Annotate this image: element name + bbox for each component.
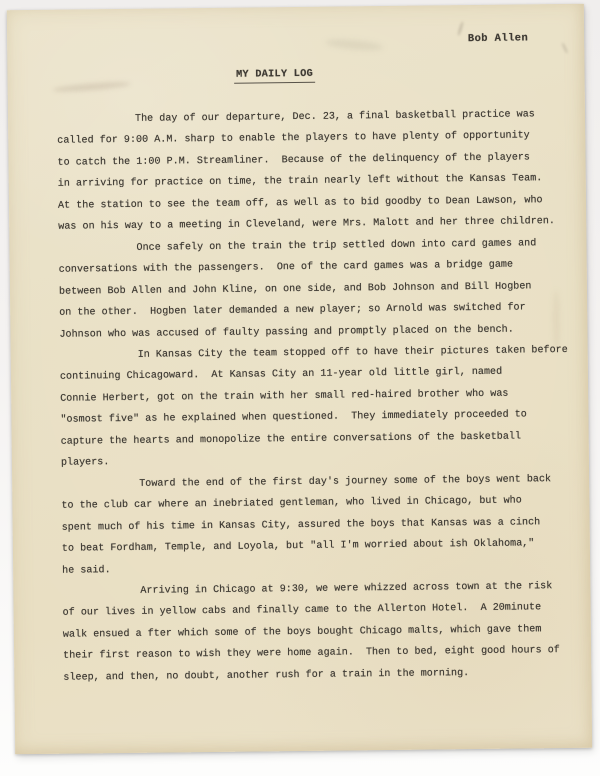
author-name: Bob Allen <box>468 32 528 45</box>
document-body: The day of our departure, Dec. 23, a fin… <box>57 104 560 689</box>
paragraph: Toward the end of the first day's journe… <box>61 469 558 582</box>
page-title: MY DAILY LOG <box>234 69 315 84</box>
paragraph: Once safely on the train the trip settle… <box>58 233 555 346</box>
smudge-mark <box>457 21 464 36</box>
paragraph: The day of our departure, Dec. 23, a fin… <box>57 104 554 238</box>
smudge-mark <box>53 80 131 93</box>
paragraph: In Kansas City the team stopped off to h… <box>60 340 557 474</box>
paragraph: Arriving in Chicago at 9:30, we were whi… <box>62 576 559 689</box>
text-line: sleep, and then, no doubt, another rush … <box>63 662 559 689</box>
scan-background: Bob Allen MY DAILY LOG The day of our de… <box>0 0 600 776</box>
smudge-mark <box>561 42 569 54</box>
document-page: Bob Allen MY DAILY LOG The day of our de… <box>7 4 592 754</box>
smudge-mark <box>325 38 384 52</box>
